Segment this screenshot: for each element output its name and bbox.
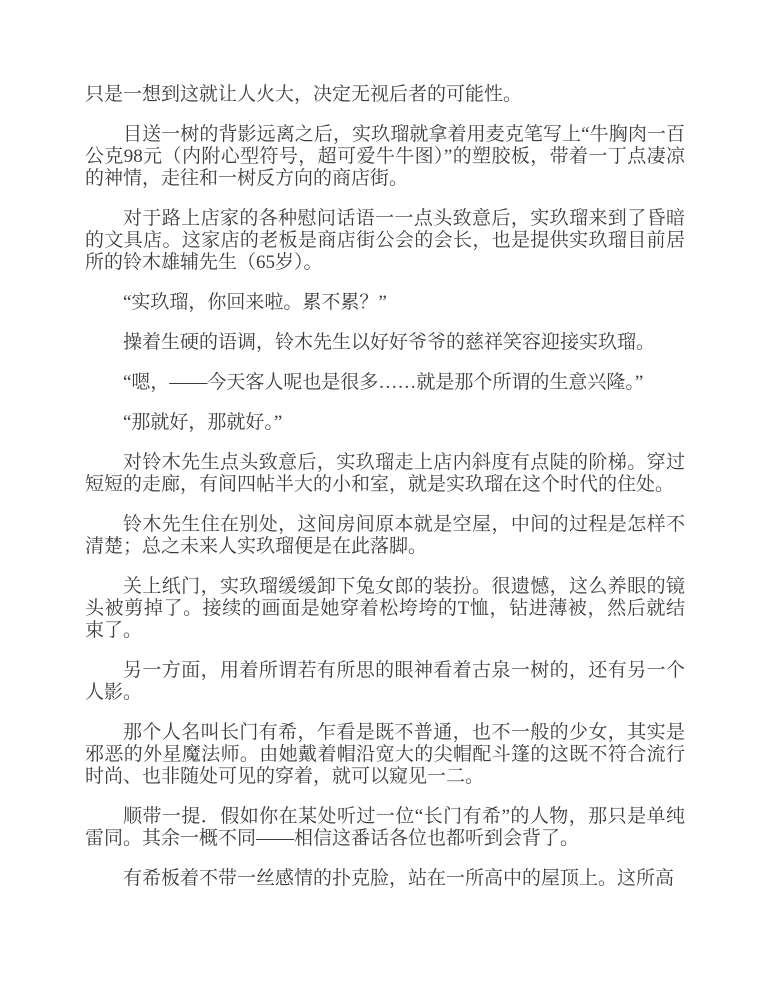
paragraph: “实玖瑠，你回来啦。累不累？” bbox=[85, 292, 685, 314]
paragraph: “嗯，——今天客人呢也是很多……就是那个所谓的生意兴隆。” bbox=[85, 372, 685, 394]
paragraph: 对于路上店家的各种慰问话语一一点头致意后，实玖瑠来到了昏暗的文具店。这家店的老板… bbox=[85, 208, 685, 274]
paragraph: 有希板着不带一丝感情的扑克脸，站在一所高中的屋顶上。这所高 bbox=[85, 868, 685, 890]
paragraph: 关上纸门，实玖瑠缓缓卸下兔女郎的装扮。很遗憾，这么养眼的镜头被剪掉了。接续的画面… bbox=[85, 576, 685, 642]
paragraph: 另一方面，用着所谓若有所思的眼神看着古泉一树的，还有另一个人影。 bbox=[85, 660, 685, 704]
paragraph: 操着生硬的语调，铃木先生以好好爷爷的慈祥笑容迎接实玖瑠。 bbox=[85, 332, 685, 354]
paragraph: “那就好，那就好。” bbox=[85, 412, 685, 434]
document-page: 只是一想到这就让人火大，决定无视后者的可能性。 目送一树的背影远离之后，实玖瑠就… bbox=[0, 0, 765, 990]
paragraph: 目送一树的背影远离之后，实玖瑠就拿着用麦克笔写上“牛胸肉一百公克98元（内附心型… bbox=[85, 124, 685, 190]
paragraph: 铃木先生住在别处，这间房间原本就是空屋，中间的过程是怎样不清楚；总之未来人实玖瑠… bbox=[85, 514, 685, 558]
paragraph: 顺带一提．假如你在某处听过一位“长门有希”的人物，那只是单纯雷同。其余一概不同—… bbox=[85, 806, 685, 850]
paragraph: 对铃木先生点头致意后，实玖瑠走上店内斜度有点陡的阶梯。穿过短短的走廊，有间四帖半… bbox=[85, 452, 685, 496]
text-block: 只是一想到这就让人火大，决定无视后者的可能性。 目送一树的背影远离之后，实玖瑠就… bbox=[85, 84, 685, 908]
paragraph: 那个人名叫长门有希，乍看是既不普通，也不一般的少女，其实是邪恶的外星魔法师。由她… bbox=[85, 722, 685, 788]
paragraph: 只是一想到这就让人火大，决定无视后者的可能性。 bbox=[85, 84, 685, 106]
